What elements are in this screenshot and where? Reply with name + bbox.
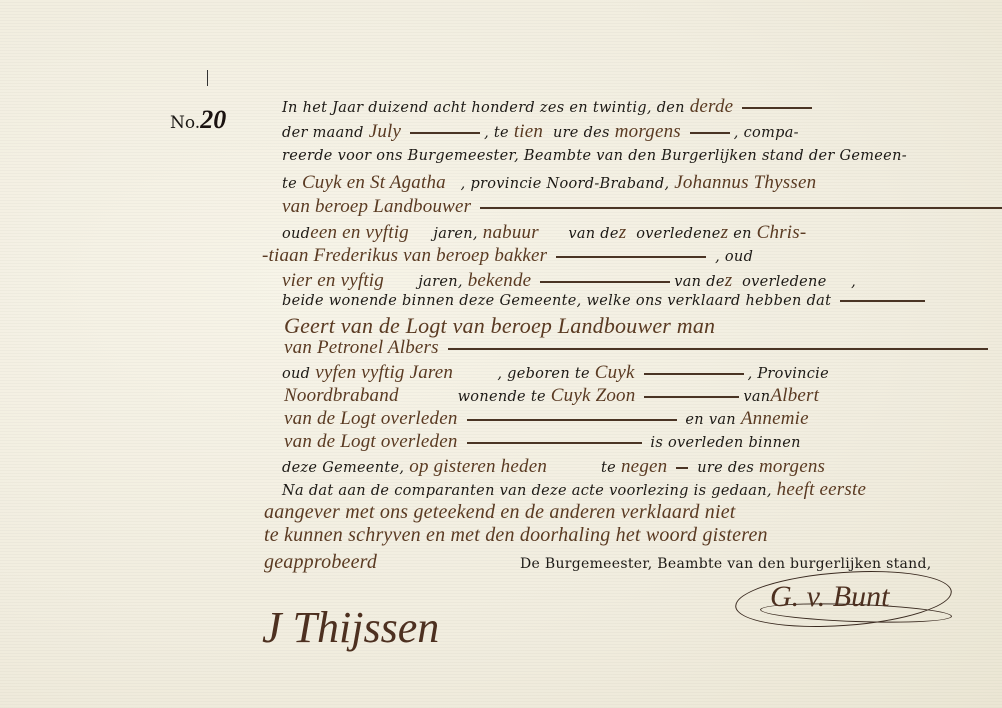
printed-text: wonende te (458, 389, 546, 405)
printed-text: en van (685, 412, 736, 428)
handwritten-remark-start: heeft eerste (777, 479, 866, 500)
closing-line: De Burgemeester, Beambte van den burgerl… (520, 556, 931, 572)
handwritten-time-of-day-death: morgens (759, 456, 825, 477)
printed-text: overledene (636, 226, 720, 242)
handwritten-father-name: Albert (770, 385, 819, 406)
printed-text: In het Jaar duizend acht honderd zes en … (282, 100, 685, 116)
margin-tick-mark (207, 70, 208, 86)
handwritten-spouse-name: van Petronel Albers (284, 337, 439, 358)
form-line-11: van Petronel Albers (284, 337, 992, 359)
printed-text: jaren, (418, 274, 462, 290)
handwritten-approval: geapprobeerd (264, 551, 377, 573)
printed-text: te (282, 176, 297, 192)
form-line-14: van de Logt overleden en van Annemie (284, 408, 809, 430)
printed-text: , oud (715, 249, 753, 265)
form-line-18: aangever met ons geteekend en de anderen… (264, 501, 736, 524)
handwritten-municipality: Cuyk en St Agatha (302, 172, 446, 193)
handwritten-birthplace: Cuyk (595, 362, 635, 383)
handwritten-suffix: z (725, 270, 733, 291)
printed-text: , Provincie (748, 366, 829, 382)
handwritten-declarant-2-name-occupation: -tiaan Frederikus van beroep bakker (262, 245, 547, 266)
printed-text: reerde voor ons Burgemeester, Beambte va… (282, 148, 907, 164)
printed-text: van (743, 389, 770, 405)
printed-text: jaren, (433, 226, 477, 242)
form-line-17: Na dat aan de comparanten van deze acte … (282, 479, 866, 501)
handwritten-suffix: z (619, 222, 627, 243)
handwritten-province: Noordbraband (284, 385, 399, 406)
form-line-9: beide wonende binnen deze Gemeente, welk… (282, 293, 929, 309)
handwritten-deceased-name-occupation: Geert van de Logt van beroep Landbouwer … (284, 313, 715, 338)
printed-text: , compa- (734, 125, 799, 141)
handwritten-relation-2: bekende (468, 270, 532, 291)
printed-text: , te (484, 125, 509, 141)
form-line-2: der maand July , te tien ure des morgens… (282, 121, 799, 143)
declarant-signature: J Thijssen (262, 602, 439, 653)
printed-text: oud (282, 226, 310, 242)
handwritten-hour: tien (514, 121, 543, 142)
form-line-1: In het Jaar duizend acht honderd zes en … (282, 96, 816, 118)
handwritten-remark: aangever met ons geteekend en de anderen… (264, 501, 736, 523)
handwritten-day: derde (690, 96, 734, 117)
handwritten-declarant-1-name: Johannus Thyssen (674, 172, 816, 193)
handwritten-hour-of-death: negen (621, 456, 667, 477)
handwritten-declarant-1-occupation: van beroep Landbouwer (282, 196, 471, 217)
handwritten-relation-1: nabuur (483, 222, 539, 243)
record-number-value: 20 (200, 105, 226, 134)
form-line-4: te Cuyk en St Agatha , provincie Noord-B… (282, 172, 816, 194)
printed-text: Na dat aan de comparanten van deze acte … (282, 483, 772, 499)
handwritten-deceased-age: vyfen vyftig Jaren (315, 362, 453, 383)
form-line-12: oud vyfen vyftig Jaren , geboren te Cuyk… (282, 362, 829, 384)
printed-text: , geboren te (497, 366, 590, 382)
printed-text: , (851, 274, 856, 290)
printed-text: ure des (697, 460, 754, 476)
form-line-16: deze Gemeente, op gisteren heden te nege… (282, 456, 825, 478)
handwritten-residence-relation: Cuyk Zoon (551, 385, 636, 406)
record-number: No.20 (170, 105, 226, 135)
mayor-title: De Burgemeester, Beambte van den burgerl… (520, 556, 931, 572)
printed-text: beide wonende binnen deze Gemeente, welk… (282, 293, 831, 309)
handwritten-declarant-2-name-start: Chris- (757, 222, 807, 243)
printed-text: overledene (742, 274, 826, 290)
printed-text: ure des (553, 125, 610, 141)
form-line-10: Geert van de Logt van beroep Landbouwer … (284, 313, 715, 339)
mayor-signature: G. v. Bunt (770, 580, 889, 614)
form-line-19: te kunnen schryven en met den doorhaling… (264, 524, 768, 547)
form-line-5: van beroep Landbouwer (282, 196, 1002, 218)
handwritten-declarant-2-age: vier en vyftig (282, 270, 384, 291)
printed-text: te (601, 460, 616, 476)
handwritten-remark: te kunnen schryven en met den doorhaling… (264, 524, 768, 546)
handwritten-mother-status: van de Logt overleden (284, 431, 458, 452)
printed-text: deze Gemeente, (282, 460, 404, 476)
mayor-signature-text: G. v. Bunt (770, 580, 889, 613)
printed-text: der maand (282, 125, 364, 141)
handwritten-date-of-death: op gisteren heden (409, 456, 547, 477)
declarant-signature-text: J Thijssen (262, 603, 439, 652)
handwritten-month: July (369, 121, 401, 142)
handwritten-time-of-day: morgens (615, 121, 681, 142)
form-line-6: oudeen en vyftig jaren, nabuur van dez o… (282, 222, 806, 244)
form-line-3: reerde voor ons Burgemeester, Beambte va… (282, 148, 907, 164)
handwritten-declarant-1-age: een en vyftig (310, 222, 409, 243)
handwritten-father-status: van de Logt overleden (284, 408, 458, 429)
form-line-8: vier en vyftig jaren, bekende van dez ov… (282, 270, 856, 292)
handwritten-suffix: z (721, 222, 729, 243)
form-line-7: -tiaan Frederikus van beroep bakker , ou… (262, 245, 753, 267)
printed-text: , provincie Noord-Braband, (461, 176, 670, 192)
printed-text: is overleden binnen (650, 435, 800, 451)
printed-text: van de (674, 274, 724, 290)
printed-text: en (733, 226, 752, 242)
printed-text: van de (568, 226, 618, 242)
form-line-20: geapprobeerd (264, 551, 377, 574)
handwritten-mother-name: Annemie (741, 408, 809, 429)
printed-text: oud (282, 366, 310, 382)
record-number-label: No. (170, 113, 200, 133)
form-line-15: van de Logt overleden is overleden binne… (284, 431, 801, 453)
form-line-13: Noordbraband wonende te Cuyk Zoon vanAlb… (284, 385, 819, 407)
